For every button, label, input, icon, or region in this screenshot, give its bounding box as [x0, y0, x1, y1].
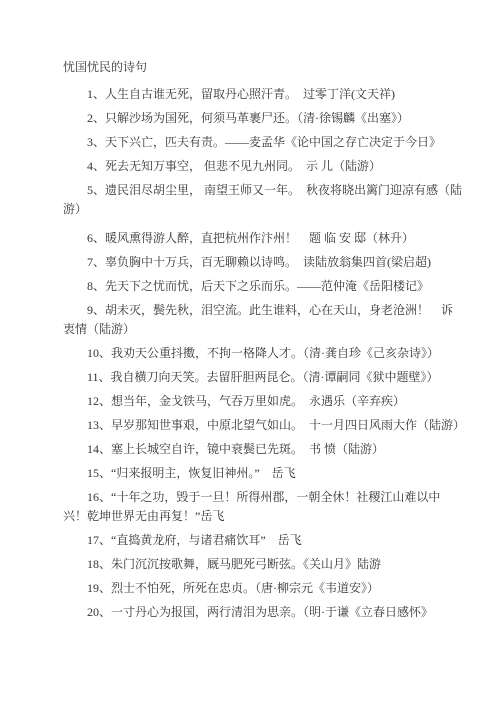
poem-line: 10、我劝天公重抖擞，不拘一格降人才。（清·龚自珍《己亥杂诗》） — [63, 344, 463, 363]
poem-line: 9、胡未灭，鬓先秋，泪空流。此生谁料，心在天山，身老沧洲！ 诉衷情（陆游） — [63, 301, 463, 339]
poem-line: 4、死去无知万事空， 但悲不见九州同。 示 儿（陆游） — [63, 157, 463, 176]
poem-line: 11、我自横刀向天笑。去留肝胆两昆仑。（清·谭嗣同《狱中题壁》） — [63, 368, 463, 387]
poem-line: 12、想当年，金戈铁马，气吞万里如虎。 永遇乐（辛弃疾） — [63, 392, 463, 411]
poem-line: 13、早岁那知世事艰，中原北望气如山。 十一月四日风雨大作（陆游） — [63, 416, 463, 435]
poem-line: 17、“直捣黄龙府，与诸君痛饮耳” 岳飞 — [63, 531, 463, 550]
poem-line: 20、一寸丹心为报国，两行清泪为思亲。（明·于谦《立春日感怀》 — [63, 603, 463, 622]
poem-line: 14、塞上长城空自许，镜中衰鬓已先斑。 书 愤（陆游） — [63, 440, 463, 459]
poem-line: 15、“归来报明主，恢复旧神州。” 岳飞 — [63, 464, 463, 483]
poem-line: 7、辜负胸中十万兵，百无聊赖以诗鸣。 读陆放翁集四首(梁启超) — [63, 253, 463, 272]
document-title: 忧国忧民的诗句 — [63, 58, 463, 77]
poem-line: 8、先天下之忧而忧，后天下之乐而乐。——范仲淹《岳阳楼记》 — [63, 277, 463, 296]
poem-line: 18、朱门沉沉按歌舞，厩马肥死弓断弦。《关山月》陆游 — [63, 555, 463, 574]
poem-line: 5、遗民泪尽胡尘里， 南望王师又一年。 秋夜将晓出篱门迎凉有感（陆游） — [63, 181, 463, 219]
poem-line: 19、烈士不怕死，所死在忠贞。（唐·柳宗元《韦道安》） — [63, 579, 463, 598]
poem-line: 1、人生自古谁无死，留取丹心照汗青。 过零丁洋(文天祥) — [63, 85, 463, 104]
poem-line: 16、“十年之功，毁于一旦！所得州郡，一朝全休！社稷江山难以中兴！乾坤世界无由再… — [63, 488, 463, 526]
document-page: 忧国忧民的诗句 1、人生自古谁无死，留取丹心照汗青。 过零丁洋(文天祥) 2、只… — [0, 0, 500, 708]
poem-line: 3、天下兴亡，匹夫有责。——麦孟华《论中国之存亡决定于今日》 — [63, 133, 463, 152]
poem-line: 2、只解沙场为国死，何须马革裹尸还。（清·徐锡麟《出塞》） — [63, 109, 463, 128]
poem-line: 6、暖风熏得游人醉，直把杭州作汴州！ 题 临 安 邸（林升） — [63, 229, 463, 248]
